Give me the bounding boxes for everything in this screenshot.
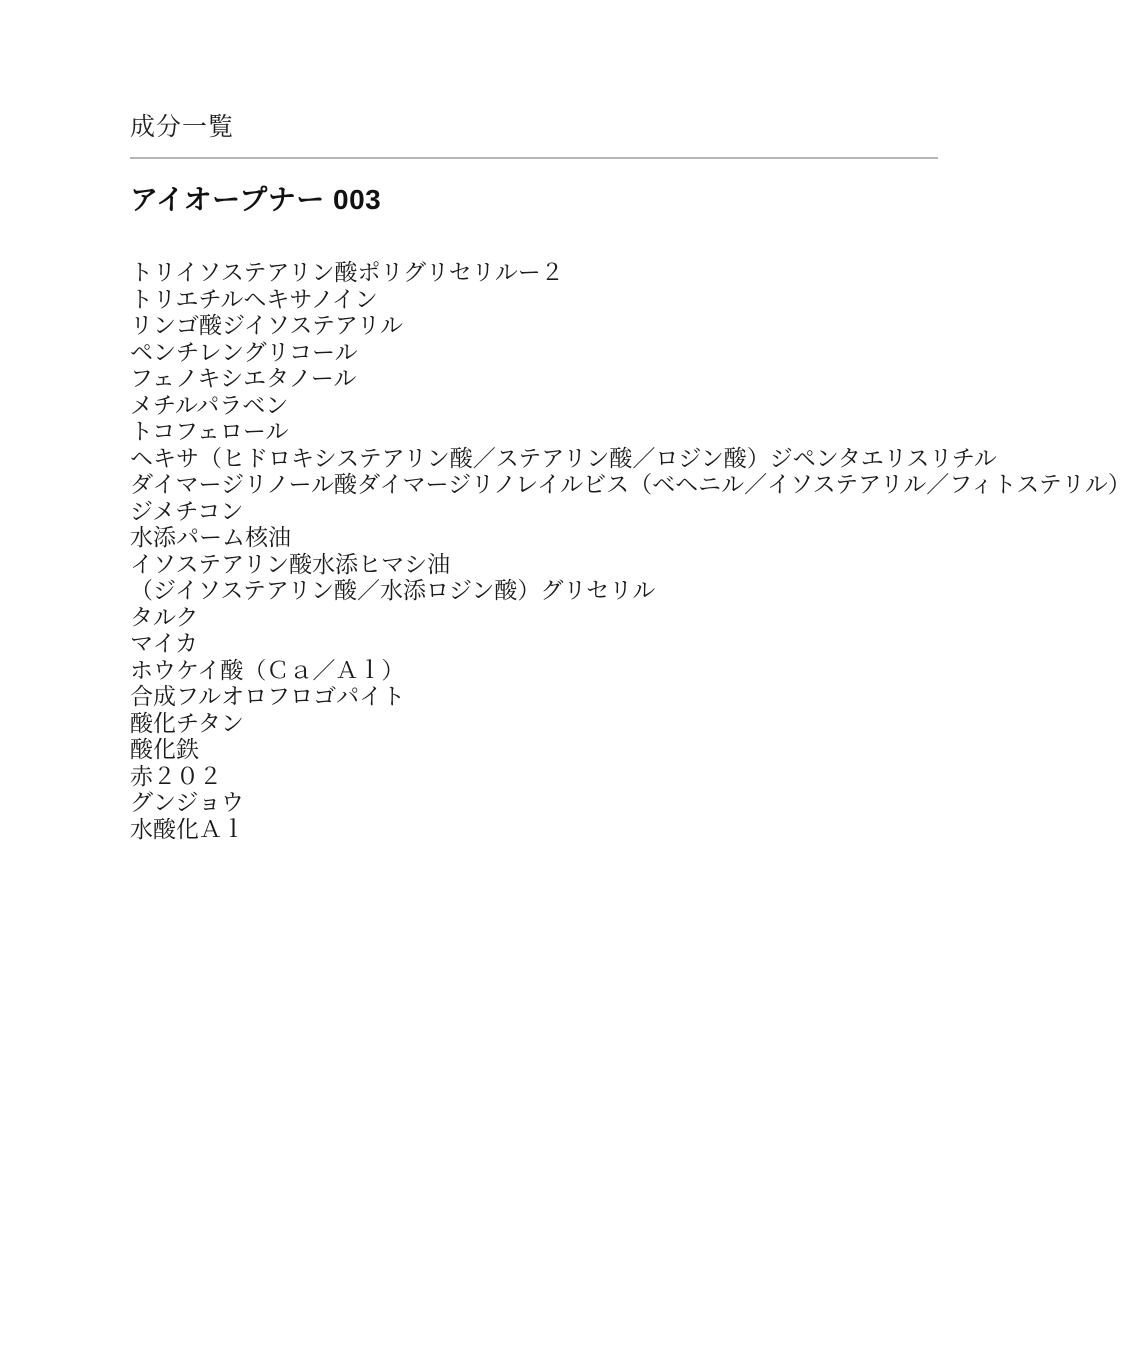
ingredient-item: 酸化鉄 (130, 736, 1060, 763)
ingredient-item: ヘキサ（ヒドロキシステアリン酸／ステアリン酸／ロジン酸）ジペンタエリスリチル (130, 445, 1060, 472)
ingredient-item: メチルパラベン (130, 392, 1060, 419)
ingredient-item: ホウケイ酸（Ｃａ／Ａｌ） (130, 657, 1060, 684)
product-title: アイオープナー 003 (130, 185, 1060, 215)
divider (130, 157, 938, 159)
ingredient-item: タルク (130, 604, 1060, 631)
ingredient-item: フェノキシエタノール (130, 365, 1060, 392)
ingredient-item: 水酸化Ａｌ (130, 816, 1060, 843)
document-page: 成分一覧 アイオープナー 003 トリイソステアリン酸ポリグリセリルー２トリエチ… (0, 0, 1125, 1350)
ingredient-item: グンジョウ (130, 789, 1060, 816)
ingredient-item: リンゴ酸ジイソステアリル (130, 312, 1060, 339)
ingredient-item: ダイマージリノール酸ダイマージリノレイルビス（ベヘニル／イソステアリル／フィトス… (130, 471, 1060, 498)
document-content: 成分一覧 アイオープナー 003 トリイソステアリン酸ポリグリセリルー２トリエチ… (130, 112, 1060, 842)
ingredient-item: 酸化チタン (130, 710, 1060, 737)
ingredient-item: （ジイソステアリン酸／水添ロジン酸）グリセリル (130, 577, 1060, 604)
ingredient-item: トリエチルヘキサノイン (130, 286, 1060, 313)
ingredient-list: トリイソステアリン酸ポリグリセリルー２トリエチルヘキサノインリンゴ酸ジイソステア… (130, 259, 1060, 842)
ingredient-item: マイカ (130, 630, 1060, 657)
page-title: 成分一覧 (130, 112, 1060, 142)
ingredient-item: トコフェロール (130, 418, 1060, 445)
ingredient-item: 合成フルオロフロゴパイト (130, 683, 1060, 710)
ingredient-item: ペンチレングリコール (130, 339, 1060, 366)
ingredient-item: トリイソステアリン酸ポリグリセリルー２ (130, 259, 1060, 286)
ingredient-item: 赤２０２ (130, 763, 1060, 790)
ingredient-item: 水添パーム核油 (130, 524, 1060, 551)
ingredient-item: ジメチコン (130, 498, 1060, 525)
ingredient-item: イソステアリン酸水添ヒマシ油 (130, 551, 1060, 578)
